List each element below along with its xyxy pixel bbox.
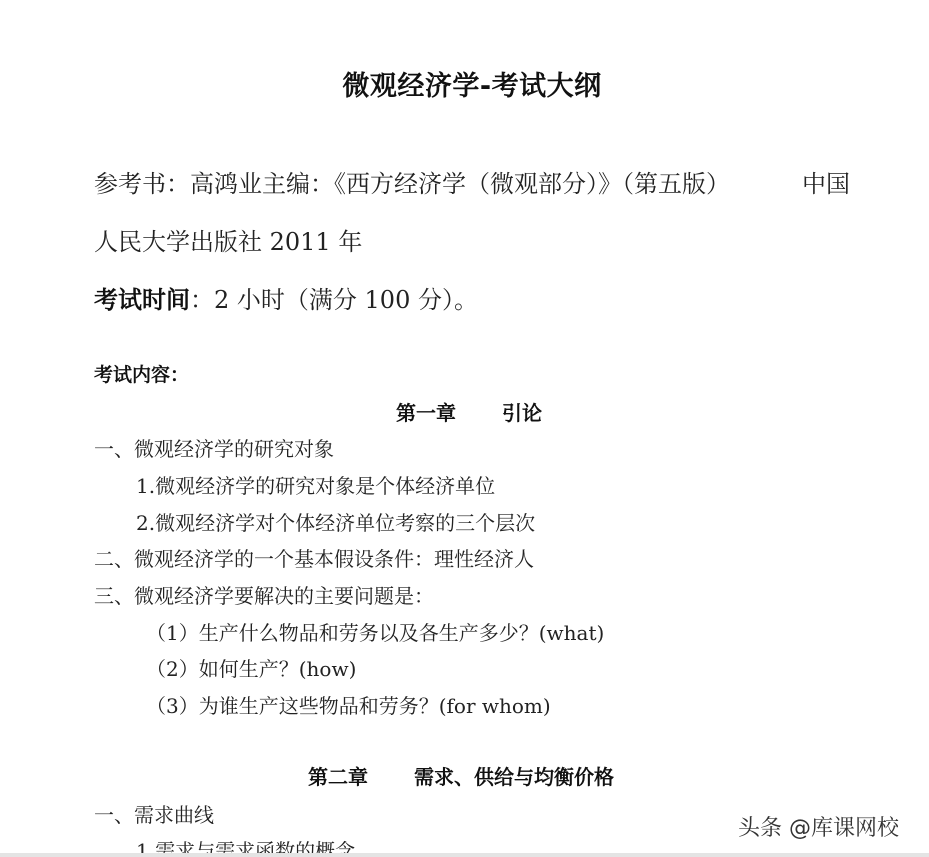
- chapter-2-heading: 第二章需求、供给与均衡价格: [308, 761, 614, 790]
- list-item: （1）生产什么物品和劳务以及各生产多少？(what): [146, 617, 604, 646]
- exam-time: 考试时间：2 小时（满分 100 分）。: [94, 280, 478, 315]
- list-item: （2）如何生产？(how): [146, 653, 356, 682]
- exam-time-value: ：2 小时（满分 100 分）。: [190, 286, 478, 314]
- list-item: 2.微观经济学对个体经济单位考察的三个层次: [136, 507, 535, 536]
- exam-content-label: 考试内容：: [94, 360, 189, 387]
- list-item: （3）为谁生产这些物品和劳务？(for whom): [146, 690, 551, 719]
- section-heading: 一、需求曲线: [94, 799, 214, 828]
- exam-time-label: 考试时间: [94, 286, 190, 314]
- chapter-1-title: 引论: [502, 401, 542, 425]
- document-title: 微观经济学-考试大纲: [0, 64, 929, 103]
- section-heading: 一、微观经济学的研究对象: [94, 433, 334, 462]
- list-item: 1.微观经济学的研究对象是个体经济单位: [136, 470, 495, 499]
- reference-publisher-start: 中国: [802, 164, 850, 199]
- section-heading: 二、微观经济学的一个基本假设条件：理性经济人: [94, 543, 534, 572]
- bottom-divider: [0, 853, 929, 857]
- chapter-1-number: 第一章: [396, 401, 456, 425]
- chapter-2-title: 需求、供给与均衡价格: [414, 765, 614, 789]
- watermark: 头条 @库课网校: [738, 811, 899, 842]
- chapter-1-heading: 第一章引论: [396, 397, 542, 426]
- section-heading: 三、微观经济学要解决的主要问题是：: [94, 580, 434, 609]
- reference-book-line-1: 参考书：高鸿业主编：《西方经济学（微观部分）》（第五版） 中国: [94, 164, 730, 199]
- chapter-2-number: 第二章: [308, 765, 368, 789]
- reference-book-text: 参考书：高鸿业主编：《西方经济学（微观部分）》（第五版）: [94, 170, 730, 198]
- reference-book-line-2: 人民大学出版社 2011 年: [94, 222, 362, 257]
